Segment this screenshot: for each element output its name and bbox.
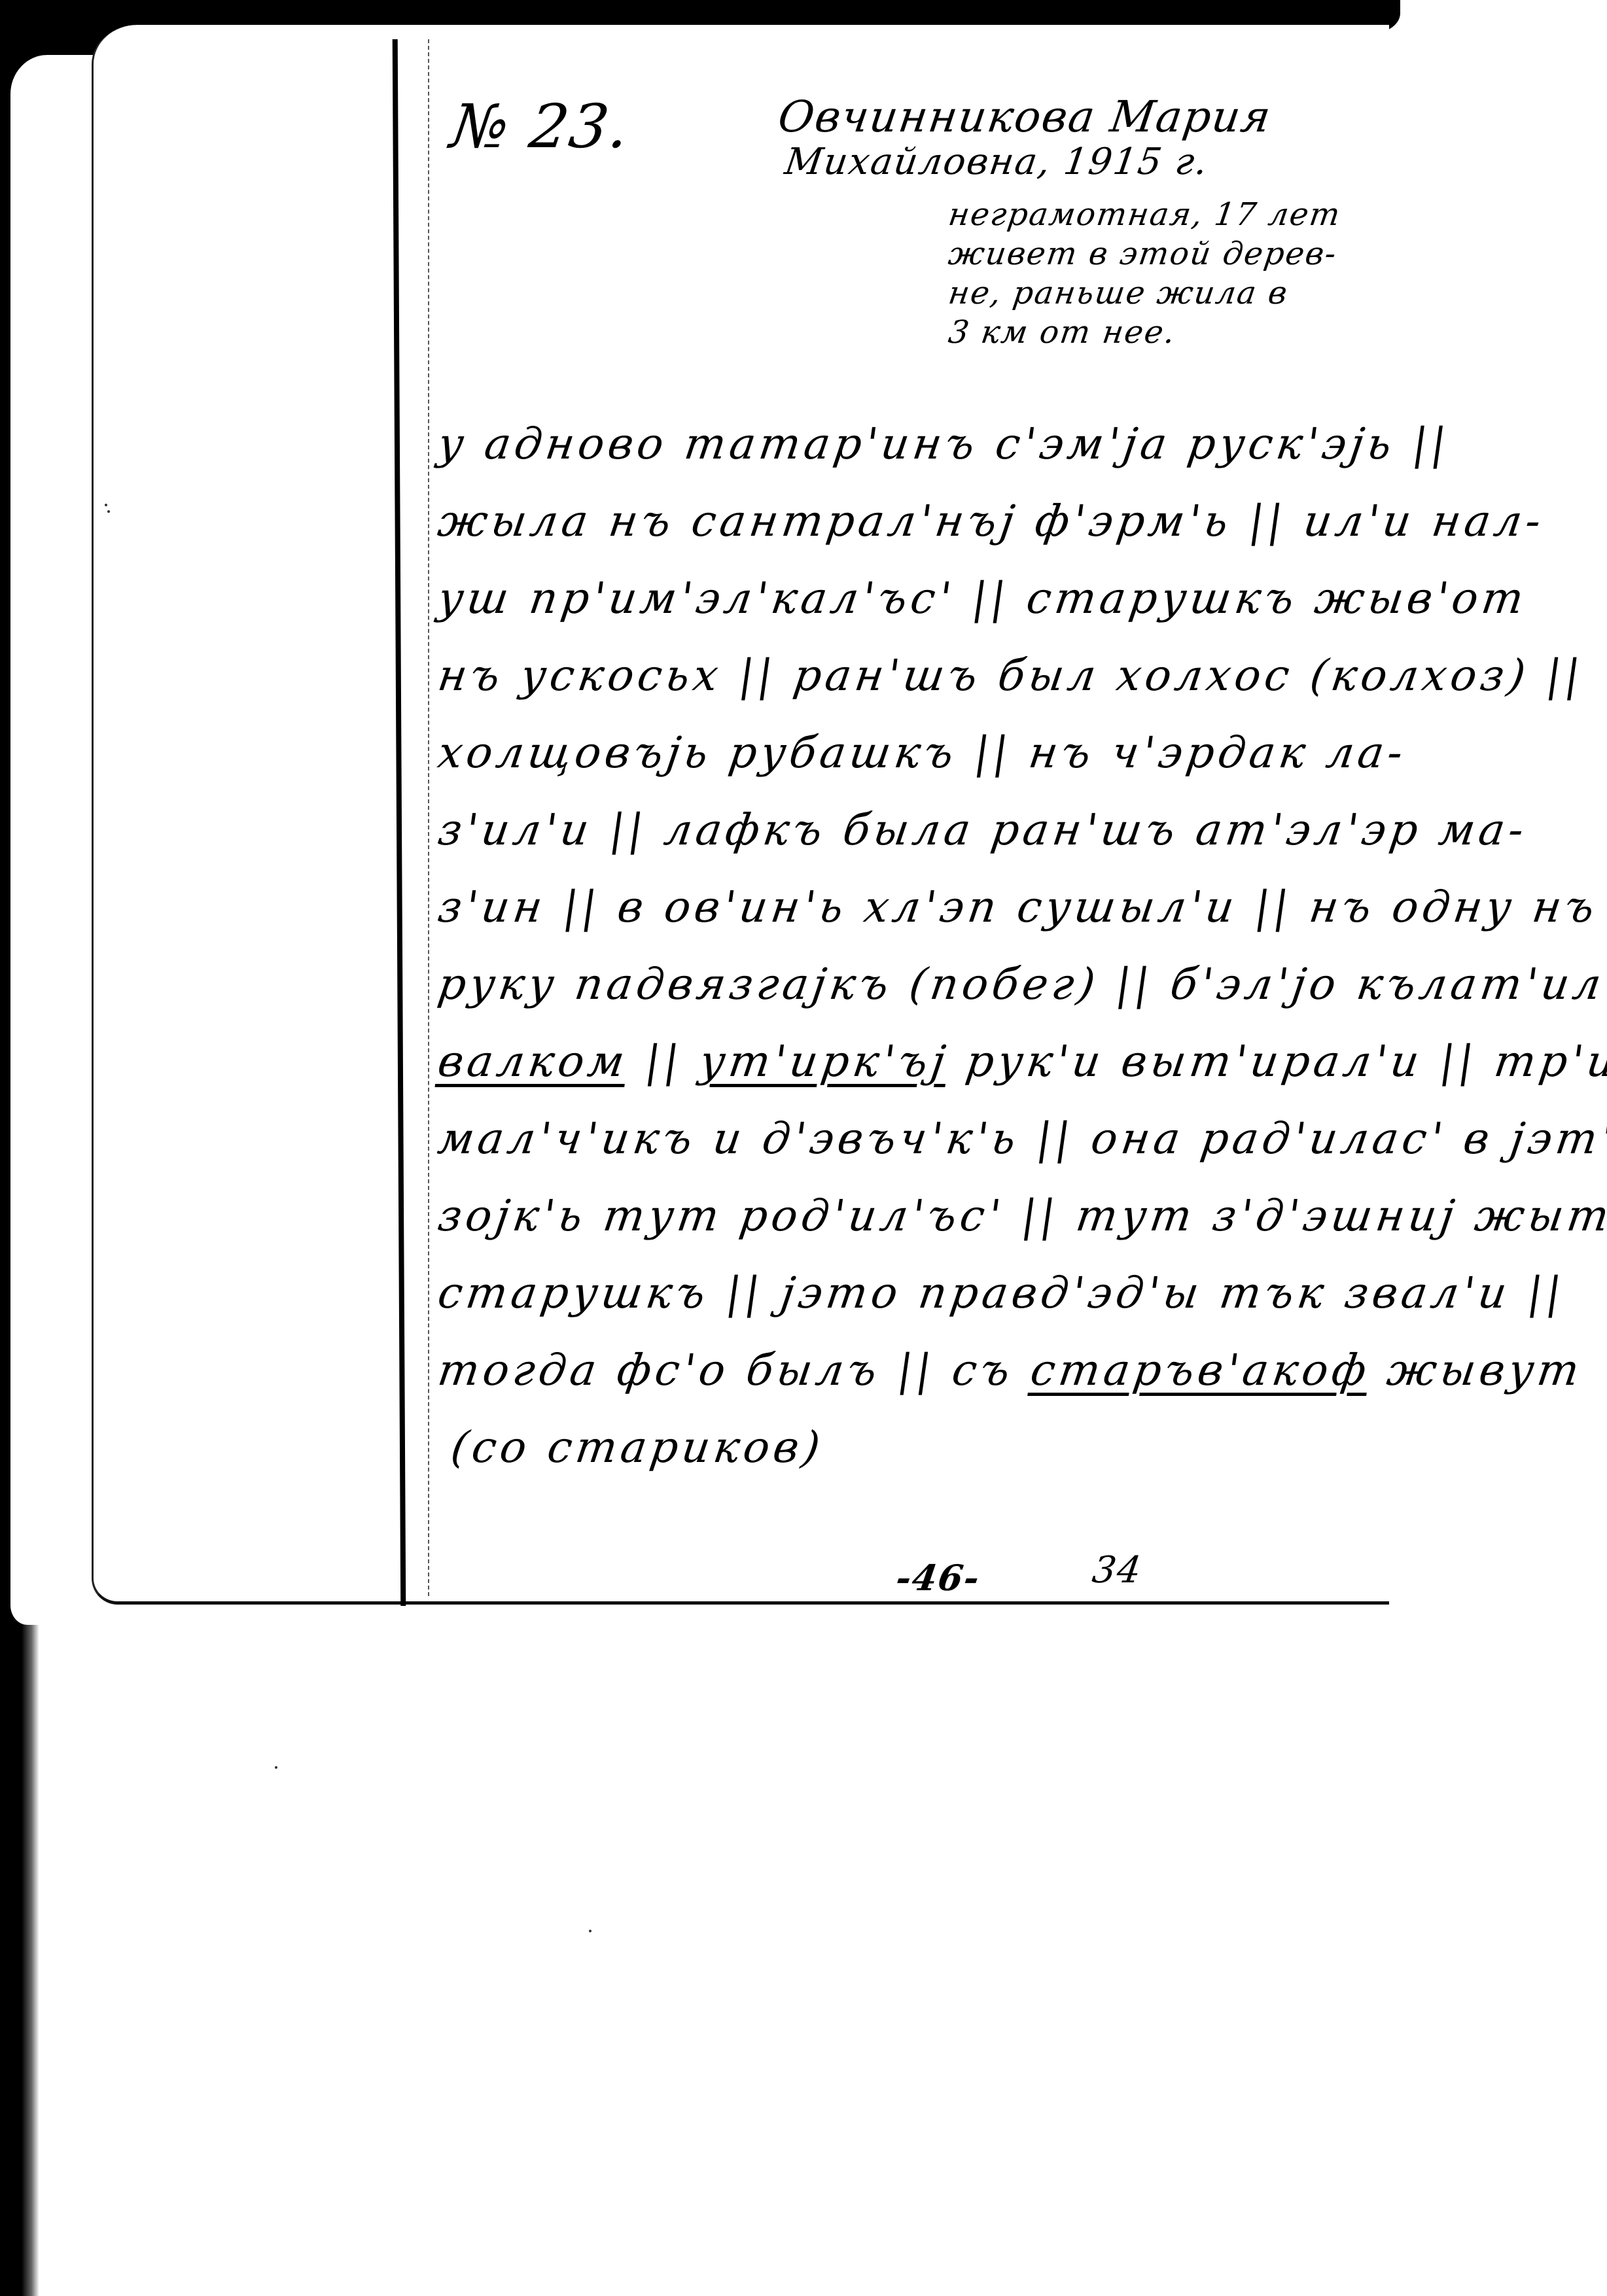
transcript-line: холщовъjь рубашкъ || нъ ч'эрдак ла- — [435, 727, 1410, 778]
transcript-line: (со стариков) — [448, 1422, 827, 1472]
transcript-line: нъ ускосьх || ран'шъ был холхос (колхоз)… — [435, 650, 1587, 701]
record-number: № 23. — [446, 92, 635, 162]
transcript-line: уш пр'им'эл'кал'ъс' || старушкъ жыв'от — [435, 573, 1530, 623]
informant-name-line2: Михайловна, 1915 г. — [782, 141, 1211, 183]
transcript-line: старушкъ || jэто правд'эд'ы тък звал'и |… — [435, 1268, 1568, 1318]
margin-guide-dotted — [428, 39, 429, 1596]
underlined-word: валком — [435, 1036, 631, 1087]
scan-speck — [275, 1766, 277, 1769]
transcript-line: жыла нъ сантрал'нъj ф'эрм'ь || ил'и нал- — [435, 496, 1548, 546]
scan-speck — [105, 504, 107, 506]
transcript-line: зоjк'ь тут род'ил'ъс' || тут з'д'эшниj ж… — [435, 1191, 1607, 1241]
transcript-line: з'ил'и || лафкъ была ран'шъ ат'эл'эр ма- — [435, 805, 1531, 855]
transcript-line: у адново татар'инъ с'эм'jа руск'эjь || — [435, 419, 1453, 469]
underlined-word: старъв'акоф — [1027, 1345, 1373, 1395]
informant-note: живет в этой дерев- — [946, 235, 1339, 272]
transcript-line: з'ин || в ов'ин'ь хл'эп сушыл'и || нъ од… — [435, 882, 1602, 932]
transcript-line: тогда фс'о былъ || съ старъв'акоф жывут — [435, 1345, 1586, 1395]
scan-speck — [107, 510, 110, 513]
transcript-line: мал'ч'икъ и д'эвъч'к'ь || она рад'илас' … — [435, 1113, 1607, 1164]
transcript-line: руку падвязгаjкъ (побег) || б'эл'jо къла… — [435, 959, 1607, 1009]
informant-note: не, раньше жила в — [946, 275, 1290, 311]
folio-number: 34 — [1089, 1549, 1144, 1592]
informant-note: 3 км от нее. — [946, 314, 1178, 351]
transcript-line: валком || ут'ирк'ъj рук'и выт'ирал'и || … — [435, 1036, 1607, 1087]
scan-speck — [589, 1930, 592, 1932]
underlined-word: ут'ирк'ъj — [697, 1036, 953, 1087]
informant-note: неграмотная, 17 лет — [946, 196, 1343, 233]
page-number: -46- — [894, 1557, 983, 1599]
informant-name-line1: Овчинникова Мария — [775, 92, 1275, 142]
